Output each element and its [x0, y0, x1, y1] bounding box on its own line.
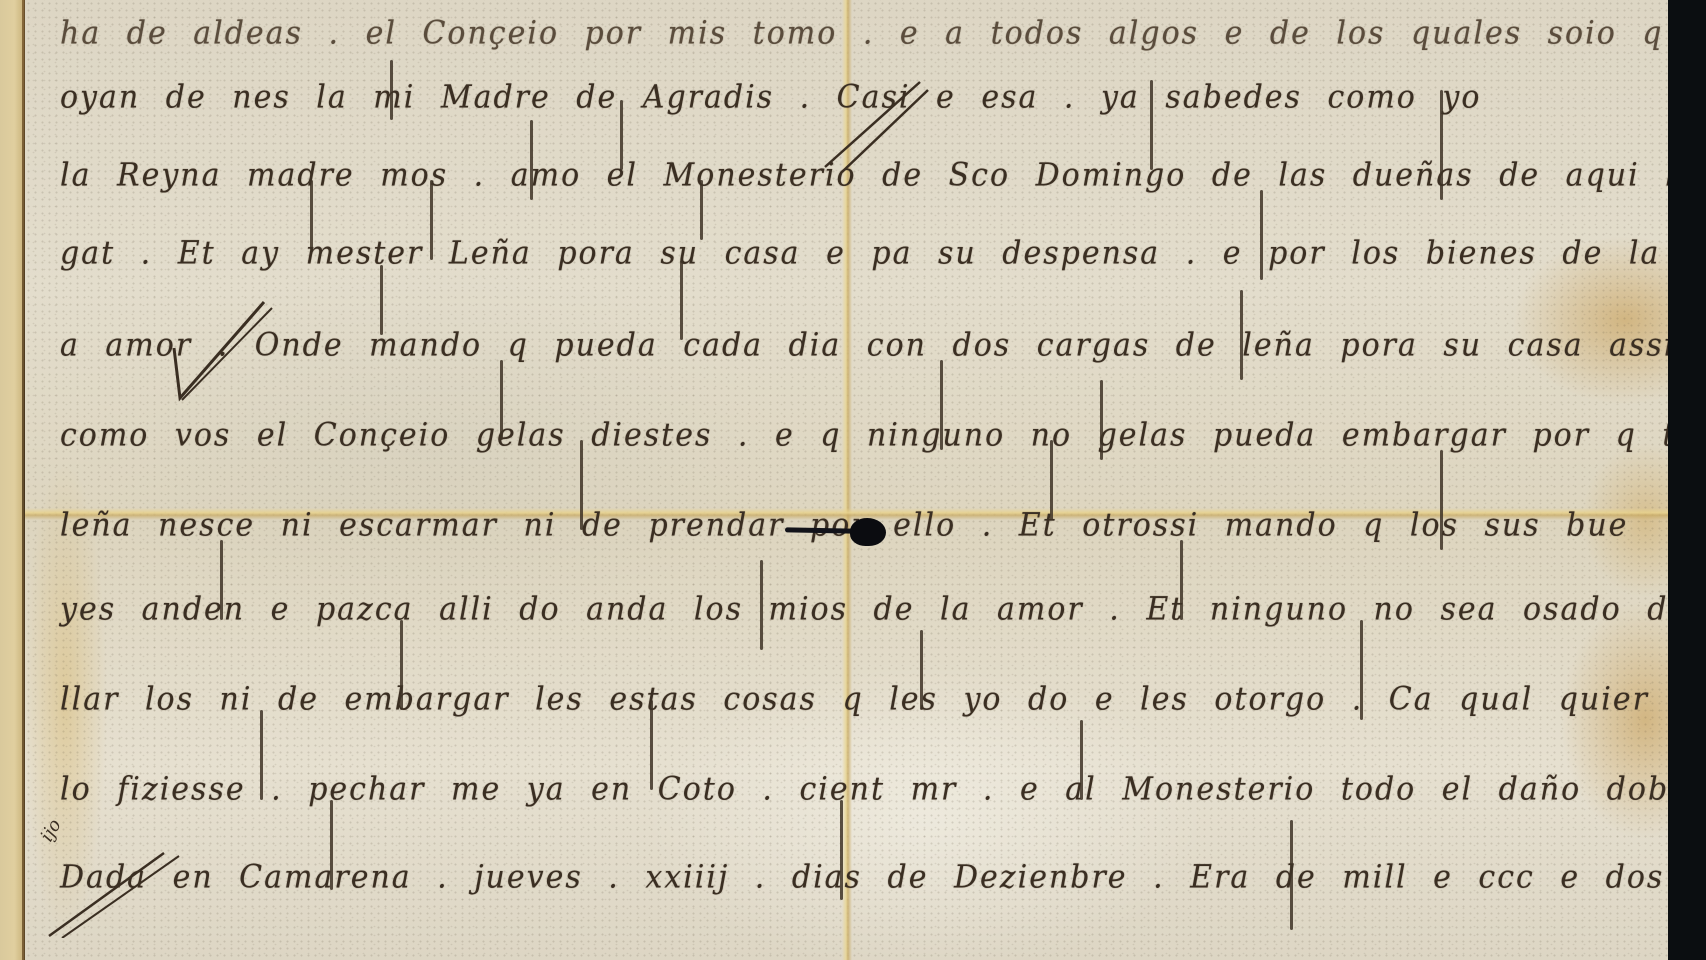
- ink-stroke: [530, 120, 533, 200]
- ink-stroke: [920, 630, 923, 710]
- ink-stroke: [380, 265, 383, 335]
- strike-annotation-icon: [44, 848, 184, 938]
- ink-stroke: [760, 560, 763, 650]
- ink-stroke: [390, 60, 393, 120]
- ink-stroke: [1360, 620, 1363, 720]
- photo-background: [1668, 0, 1706, 960]
- ink-stroke: [1440, 450, 1443, 550]
- ink-stroke: [1150, 80, 1153, 170]
- ink-stroke: [310, 180, 313, 250]
- ink-stroke: [650, 700, 653, 790]
- ink-stroke: [580, 440, 583, 530]
- manuscript-line: llar los ni de embargar les estas cosas …: [60, 681, 1620, 718]
- ink-stroke: [680, 260, 683, 340]
- ink-stroke: [1240, 290, 1243, 380]
- ink-stroke: [260, 710, 263, 800]
- checkmark-annotation-icon: [172, 300, 282, 410]
- ink-stroke: [1080, 720, 1083, 800]
- ink-stroke: [700, 180, 703, 240]
- manuscript-line: como vos el Conçeio gelas diestes . e q …: [60, 417, 1620, 454]
- ink-stroke: [1290, 820, 1293, 930]
- parchment-edge: [0, 0, 24, 960]
- parchment-hole: [850, 518, 886, 546]
- manuscript-line: a amor . Onde mando q pueda cada dia con…: [60, 327, 1620, 364]
- ink-stroke: [220, 540, 223, 620]
- ink-stroke: [430, 180, 433, 260]
- ink-stroke: [620, 100, 623, 170]
- ink-stroke: [400, 620, 403, 710]
- ink-stroke: [1100, 380, 1103, 460]
- manuscript-line: gat . Et ay mester Leña pora su casa e p…: [60, 235, 1620, 272]
- manuscript-line: yes anden e pazca alli do anda los mios …: [60, 591, 1620, 628]
- ink-stroke: [1440, 90, 1443, 200]
- ink-stroke: [1180, 540, 1183, 620]
- ink-stroke: [500, 360, 503, 440]
- ink-stroke: [840, 800, 843, 900]
- ink-stroke: [940, 360, 943, 450]
- ink-stroke: [330, 800, 333, 890]
- ink-stroke: [1260, 190, 1263, 280]
- ink-stroke: [1050, 440, 1053, 520]
- document-photo: ha de aldeas . el Conçeio por mis tomo .…: [0, 0, 1706, 960]
- double-slash-annotation-icon: [820, 72, 930, 182]
- manuscript-line: ha de aldeas . el Conçeio por mis tomo .…: [60, 15, 1620, 52]
- parchment-edge-line: [22, 0, 25, 960]
- manuscript-line: leña nesce ni escarmar ni de prendar por…: [60, 507, 1620, 544]
